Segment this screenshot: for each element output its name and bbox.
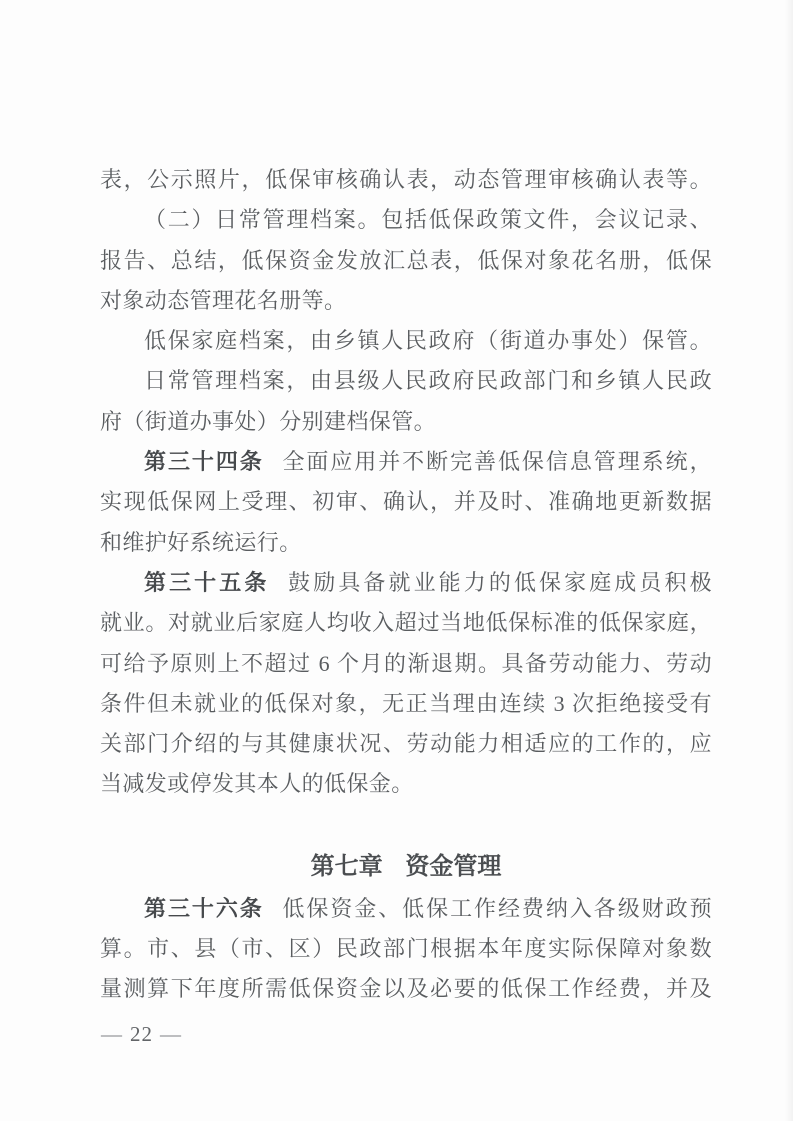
body-line: 就业。对就业后家庭人均收入超过当地低保标准的低保家庭， xyxy=(100,603,712,643)
body-line: 关部门介绍的与其健康状况、劳动能力相适应的工作的，应 xyxy=(100,724,712,764)
body-line: 可给予原则上不超过 6 个月的渐退期。具备劳动能力、劳动 xyxy=(100,644,712,684)
body-line: 表，公示照片，低保审核确认表，动态管理审核确认表等。 xyxy=(100,160,712,200)
body-line: 算。市、县（市、区）民政部门根据本年度实际保障对象数 xyxy=(100,929,712,969)
chapter-title: 资金管理 xyxy=(405,853,501,880)
article-text: 鼓励具备就业能力的低保家庭成员积极 xyxy=(288,570,712,595)
article-number-label: 第三十六条 xyxy=(144,896,264,921)
body-line: 实现低保网上受理、初审、确认，并及时、准确地更新数据 xyxy=(100,482,712,522)
chapter-number: 第七章 xyxy=(311,853,383,880)
article-text: 全面应用并不断完善低保信息管理系统， xyxy=(282,449,712,474)
body-line-article-35: 第三十五条鼓励具备就业能力的低保家庭成员积极 xyxy=(100,563,712,603)
document-body: 表，公示照片，低保审核确认表，动态管理审核确认表等。 （二）日常管理档案。包括低… xyxy=(100,160,712,1010)
body-line: 量测算下年度所需低保资金以及必要的低保工作经费，并及 xyxy=(100,969,712,1009)
body-line-article-36: 第三十六条低保资金、低保工作经费纳入各级财政预 xyxy=(100,889,712,929)
body-line: 条件但未就业的低保对象，无正当理由连续 3 次拒绝接受有 xyxy=(100,684,712,724)
article-number-label: 第三十五条 xyxy=(144,570,269,595)
footer-dash-right: — xyxy=(160,1022,182,1046)
body-line-article-34: 第三十四条全面应用并不断完善低保信息管理系统， xyxy=(100,442,712,482)
body-line: 当减发或停发其本人的低保金。 xyxy=(100,764,712,804)
article-text: 低保资金、低保工作经费纳入各级财政预 xyxy=(282,896,712,921)
body-line: 府（街道办事处）分别建档保管。 xyxy=(100,402,712,442)
body-line: 低保家庭档案，由乡镇人民政府（街道办事处）保管。 xyxy=(100,321,712,361)
page-number: 22 xyxy=(130,1022,153,1046)
document-page: 表，公示照片，低保审核确认表，动态管理审核确认表等。 （二）日常管理档案。包括低… xyxy=(0,0,793,1121)
body-line: 和维护好系统运行。 xyxy=(100,523,712,563)
body-line: （二）日常管理档案。包括低保政策文件，会议记录、 xyxy=(100,200,712,240)
body-line: 对象动态管理花名册等。 xyxy=(100,281,712,321)
chapter-heading: 第七章资金管理 xyxy=(100,846,712,887)
footer-dash-left: — xyxy=(101,1022,123,1046)
article-number-label: 第三十四条 xyxy=(144,449,264,474)
body-line: 日常管理档案，由县级人民政府民政部门和乡镇人民政 xyxy=(100,361,712,401)
page-footer: —22— xyxy=(101,1022,182,1047)
body-line: 报告、总结，低保资金发放汇总表，低保对象花名册，低保 xyxy=(100,241,712,281)
